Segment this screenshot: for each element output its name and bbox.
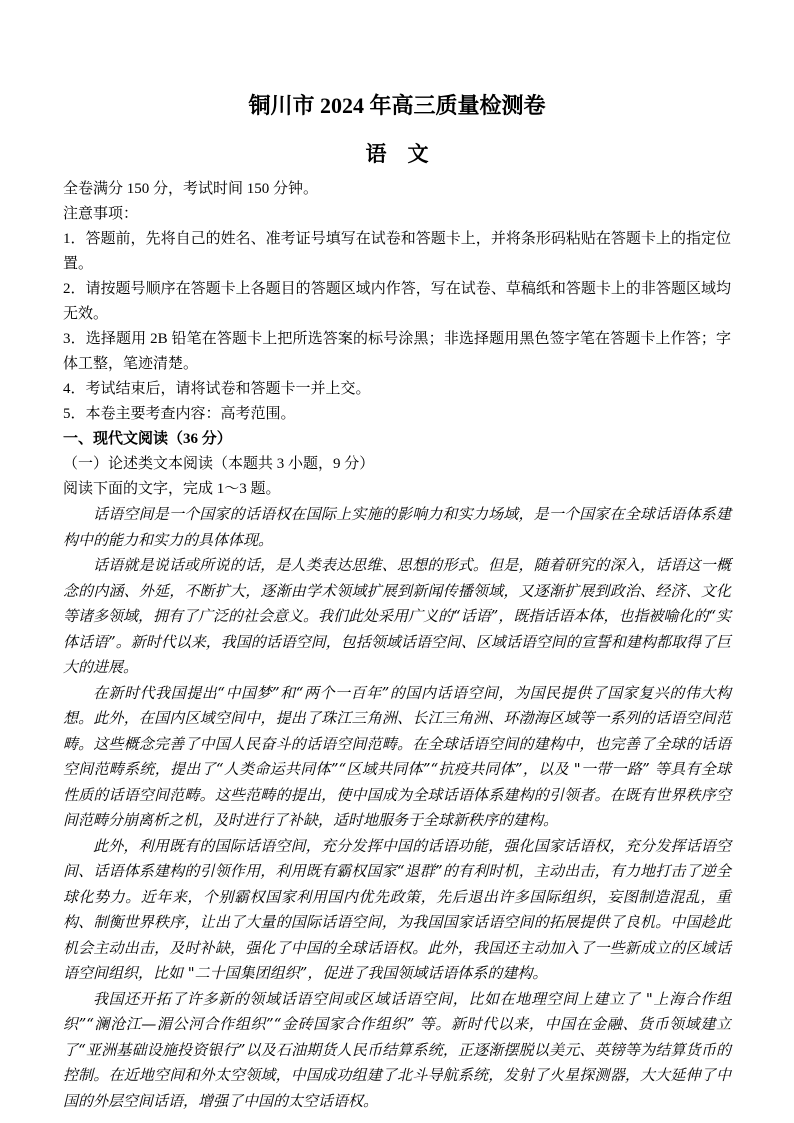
notice-item-5: 5．本卷主要考查内容：高考范围。	[63, 402, 731, 427]
subject-title: 语 文	[63, 140, 731, 168]
notice-item-3: 3．选择题用 2B 铅笔在答题卡上把所选答案的标号涂黑；非选择题用黑色签字笔在答…	[63, 327, 731, 377]
notice-item-1: 1．答题前，先将自己的姓名、准考证号填写在试卷和答题卡上，并将条形码粘贴在答题卡…	[63, 227, 731, 277]
notice-item-4: 4．考试结束后，请将试卷和答题卡一并上交。	[63, 377, 731, 402]
exam-paper-page: 铜川市 2024 年高三质量检测卷 语 文 全卷满分 150 分，考试时间 15…	[0, 0, 794, 1123]
passage-paragraph-4: 此外，利用既有的国际话语空间，充分发挥中国的话语功能，强化国家话语权，充分发挥话…	[63, 834, 731, 987]
passage-paragraph-2: 话语就是说话或所说的话，是人类表达思维、思想的形式。但是，随着研究的深入，话语这…	[63, 553, 731, 681]
section-heading-modern-reading: 一、现代文阅读（36 分）	[63, 427, 731, 452]
reading-instruction: 阅读下面的文字，完成 1～3 题。	[63, 477, 731, 502]
notice-heading: 注意事项：	[63, 202, 731, 227]
passage-paragraph-5: 我国还开拓了许多新的领域话语空间或区域话语空间，比如在地理空间上建立了 "上海合…	[63, 987, 731, 1115]
passage-paragraph-3: 在新时代我国提出“中国梦”和“两个一百年”的国内话语空间，为国民提供了国家复兴的…	[63, 681, 731, 834]
page-title: 铜川市 2024 年高三质量检测卷	[63, 92, 731, 120]
subsection-heading-argumentative-reading: （一）论述类文本阅读（本题共 3 小题，9 分）	[63, 452, 731, 477]
passage-paragraph-1: 话语空间是一个国家的话语权在国际上实施的影响力和实力场域，是一个国家在全球话语体…	[63, 502, 731, 553]
exam-info: 全卷满分 150 分，考试时间 150 分钟。	[63, 176, 731, 202]
notice-item-2: 2．请按题号顺序在答题卡上各题目的答题区域内作答，写在试卷、草稿纸和答题卡上的非…	[63, 277, 731, 327]
